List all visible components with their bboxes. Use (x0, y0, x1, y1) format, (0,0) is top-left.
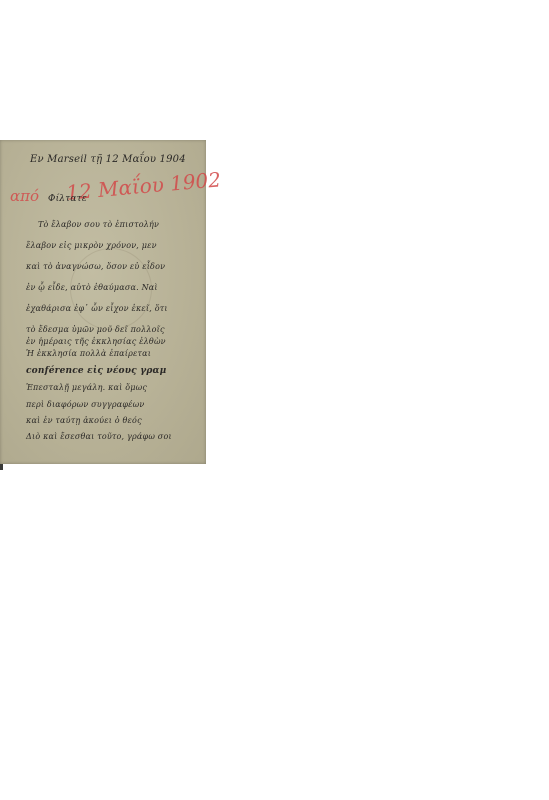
body-line: καὶ τὸ ἀναγνώσω, ὅσον εὐ εἶδον (26, 262, 165, 271)
body-line: περὶ διαφόρων συγγραφέων (26, 400, 144, 409)
body-line: Διὸ καὶ ἔσεσθαι τοῦτο, γράφω σοι (26, 432, 172, 441)
red-annotation-prefix: από (10, 187, 39, 205)
body-line: καὶ ἐν ταύτῃ ἀκούει ὁ θεός (26, 416, 142, 425)
body-line: ἔλαβον εἰς μικρὸν χρόνον, μεν (26, 241, 157, 250)
body-line: τὸ ἔδεσμα ὑμῶν μοῦ δεῖ πολλοῖς (26, 325, 165, 334)
body-line: ἐν ᾧ εἶδε, αὐτὸ ἐθαύμασα. Ναὶ (26, 283, 158, 292)
salutation: Φίλτατε (48, 194, 87, 204)
body-line: ἐχαθάρισα ἐφ᾽ ὧν εἶχον ἐκεῖ, ὅτι (26, 304, 168, 313)
body-line: Ἐπεσταλῇ μεγάλη. καὶ ὅμως (26, 383, 147, 392)
body-line: ἐν ἡμέραις τῆς ἐκκλησίας ἐλθὼν (26, 337, 166, 346)
place-date-line: Εν Marseil τῇ 12 Μαΐου 1904 (30, 154, 186, 165)
body-line: Τὸ ἔλαβον σου τὸ ἐπιστολήν (38, 220, 159, 229)
body-line: Ἡ ἐκκλησία πολλὰ ἐπαίρεται (26, 349, 151, 358)
body-line: conférence εἰς νέους γραμ (26, 366, 166, 376)
